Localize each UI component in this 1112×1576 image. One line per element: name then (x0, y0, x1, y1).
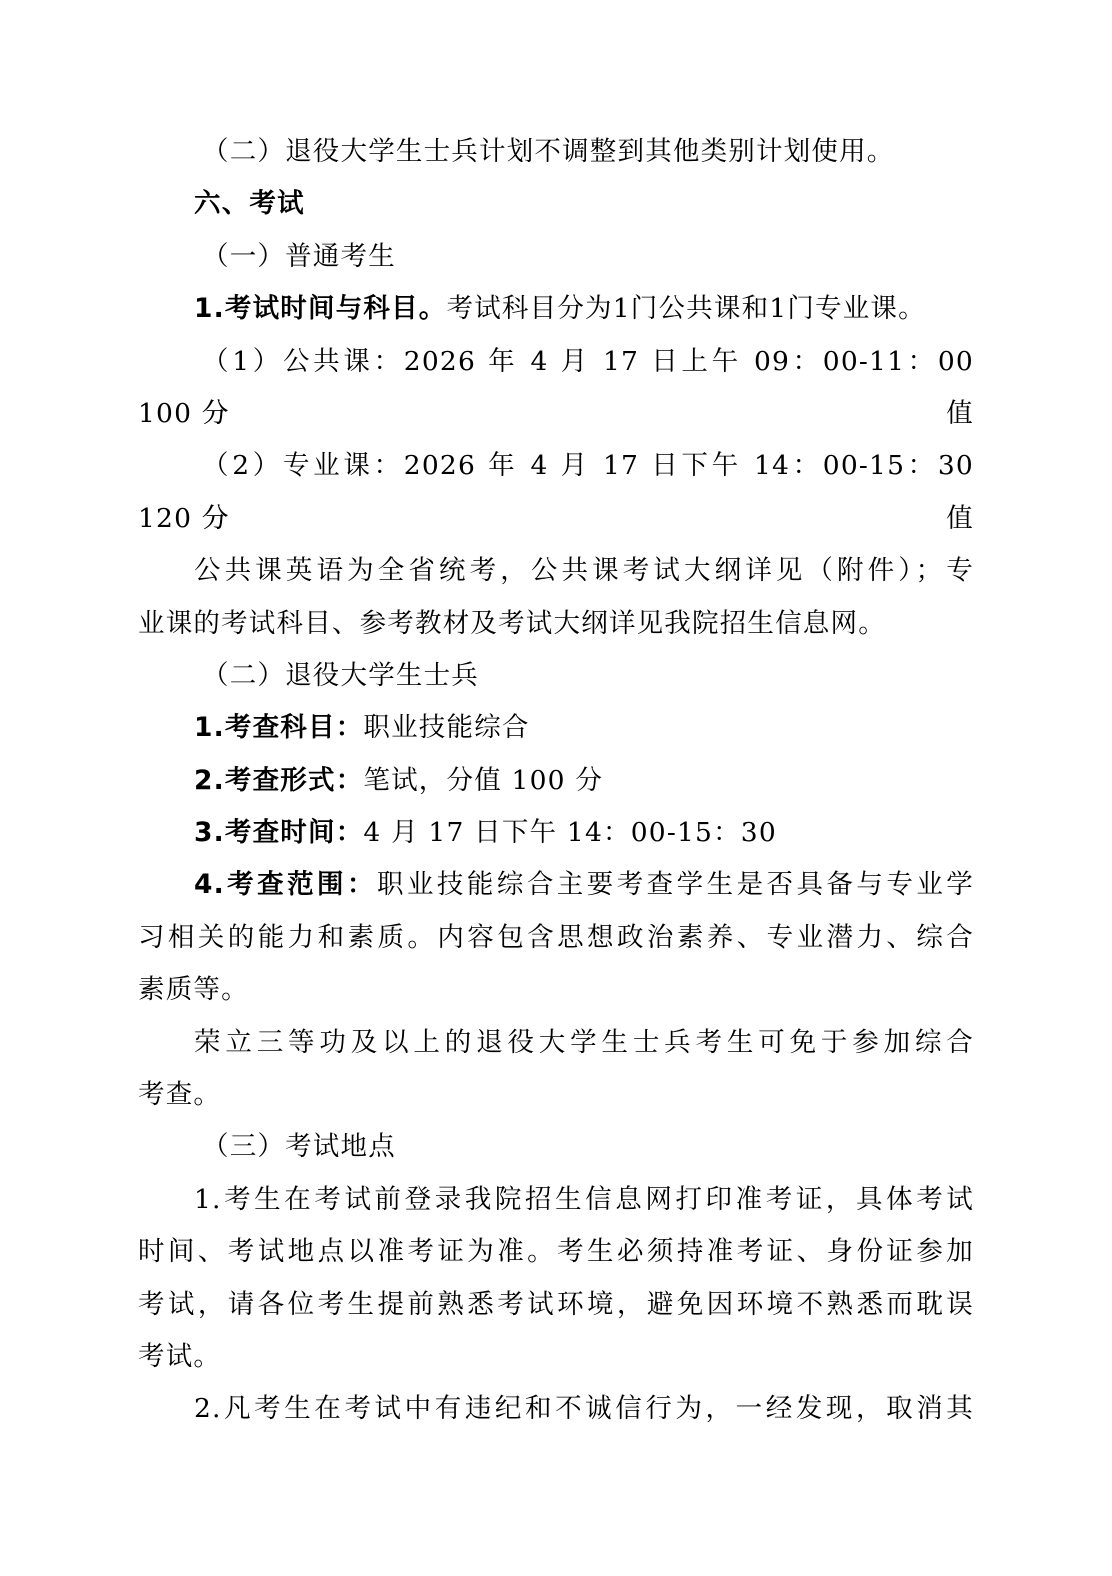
item-text: 考试科目分为1门公共课和1门专业课。 (447, 293, 926, 324)
item-text: 4 月 17 日下午 14：00-15：30 (363, 817, 777, 848)
item-exam-subject: 1.考查科目：职业技能综合 (138, 702, 974, 754)
paragraph-exemption-1: 荣立三等功及以上的退役大学生士兵考生可免于参加综合 (138, 1017, 974, 1069)
paragraph-admission-ticket-4: 考试。 (138, 1331, 974, 1383)
paragraph-admission-ticket-2: 时间、考试地点以准考证为准。考生必须持准考证、身份证参加 (138, 1226, 974, 1278)
paragraph-misconduct: 2.凡考生在考试中有违纪和不诚信行为，一经发现，取消其 (138, 1383, 974, 1435)
section-heading-exam: 六、考试 (138, 178, 974, 230)
paragraph-major-course-time: （2）专业课：2026 年 4 月 17 日下午 14：00-15：30 分值 (138, 440, 974, 492)
paragraph-syllabus-note-1: 公共课英语为全省统考，公共课考试大纲详见（附件）；专 (138, 545, 974, 597)
paragraph-public-course-time: （1）公共课：2026 年 4 月 17 日上午 09：00-11：00 分值 (138, 336, 974, 388)
item-label: 3.考查时间： (194, 817, 363, 848)
subsection-heading-exam-location: （三）考试地点 (138, 1121, 974, 1173)
subsection-heading-veteran-soldiers: （二）退役大学生士兵 (138, 650, 974, 702)
item-text: 职业技能综合主要考查学生是否具备与专业学 (377, 869, 974, 900)
subsection-heading-regular-candidates: （一）普通考生 (138, 231, 974, 283)
item-label: 1.考查科目： (194, 712, 363, 743)
item-label: 2.考查形式： (194, 765, 363, 796)
paragraph-exam-time-subjects: 1.考试时间与科目。考试科目分为1门公共课和1门专业课。 (138, 283, 974, 335)
item-text: 职业技能综合 (363, 712, 529, 743)
document-page: （二）退役大学生士兵计划不调整到其他类别计划使用。 六、考试 （一）普通考生 1… (138, 126, 974, 1436)
paragraph-admission-ticket-3: 考试，请各位考生提前熟悉考试环境，避免因环境不熟悉而耽误 (138, 1279, 974, 1331)
item-text: 笔试，分值 100 分 (363, 765, 603, 796)
paragraph-exam-scope-cont-2: 素质等。 (138, 964, 974, 1016)
paragraph-veteran-plan-note: （二）退役大学生士兵计划不调整到其他类别计划使用。 (138, 126, 974, 178)
item-label: 1.考试时间与科目。 (194, 293, 447, 324)
paragraph-exam-scope-cont-1: 习相关的能力和素质。内容包含思想政治素养、专业潜力、综合 (138, 912, 974, 964)
item-exam-time: 3.考查时间：4 月 17 日下午 14：00-15：30 (138, 807, 974, 859)
paragraph-admission-ticket-1: 1.考生在考试前登录我院招生信息网打印准考证，具体考试 (138, 1174, 974, 1226)
item-label: 4.考查范围： (194, 869, 377, 900)
item-exam-form: 2.考查形式：笔试，分值 100 分 (138, 755, 974, 807)
paragraph-syllabus-note-2: 业课的考试科目、参考教材及考试大纲详见我院招生信息网。 (138, 598, 974, 650)
paragraph-exemption-2: 考查。 (138, 1069, 974, 1121)
item-exam-scope: 4.考查范围：职业技能综合主要考查学生是否具备与专业学 (138, 859, 974, 911)
